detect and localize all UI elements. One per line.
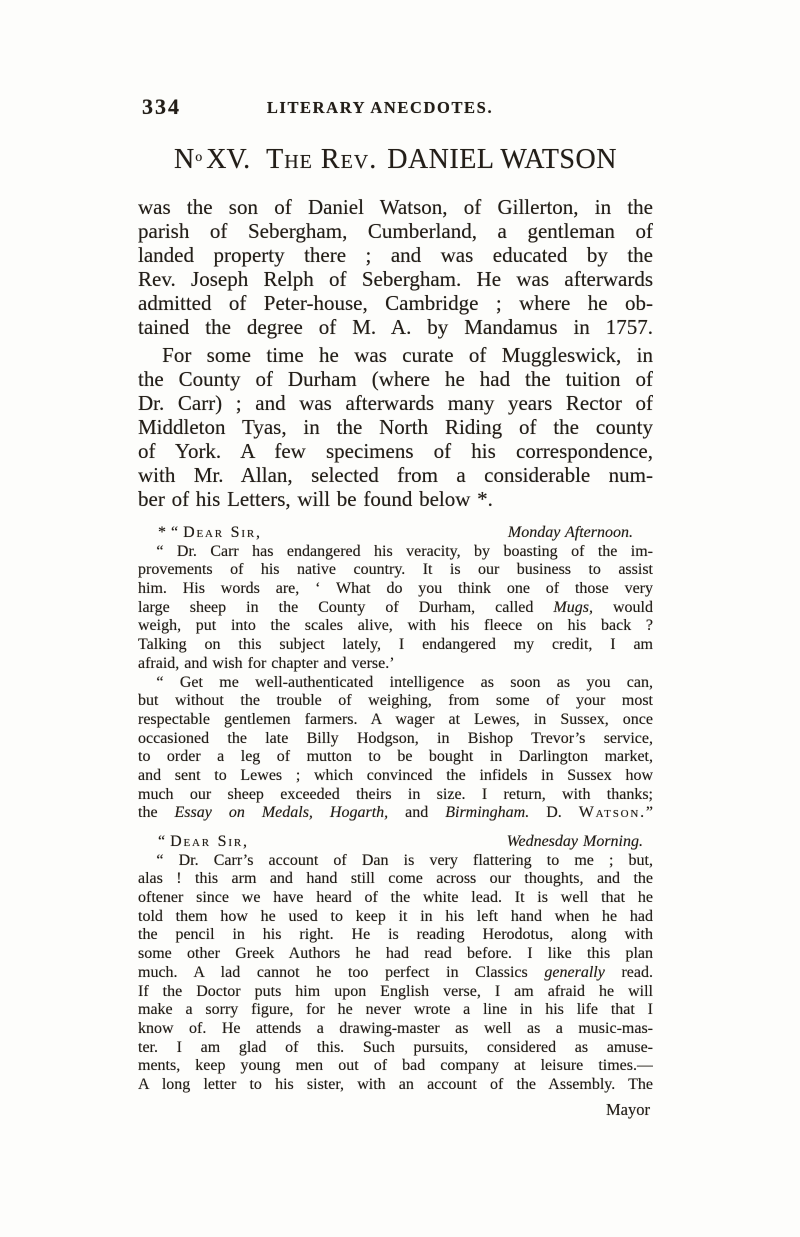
- main-text-line: of York. A few specimens of his correspo…: [138, 439, 653, 463]
- footnote-line: and sent to Lewes ; which convinced the …: [138, 767, 653, 786]
- footnote-letters: * “ Dear Sir,Monday Afternoon.“ Dr. Carr…: [138, 524, 653, 1095]
- superscript-o: o: [195, 150, 202, 165]
- footnote-line: occasioned the late Billy Hodgson, in Bi…: [138, 730, 653, 749]
- footnote-line: alas ! this arm and hand still come acro…: [138, 870, 653, 889]
- footnote-line: to order a leg of mutton to be bought in…: [138, 748, 653, 767]
- honorific: The Rev.: [266, 144, 377, 175]
- main-text-line: tained the degree of M. A. by Mandamus i…: [138, 315, 653, 339]
- main-text-line: Dr. Carr) ; and was afterwards many year…: [138, 391, 653, 415]
- footnote-line: much. A lad cannot he too perfect in Cla…: [138, 964, 653, 983]
- running-header: LITERARY ANECDOTES.: [267, 98, 493, 118]
- footnote-line: ter. I am glad of this. Such pursuits, c…: [138, 1039, 653, 1058]
- footnote-line: * “ Dear Sir,Monday Afternoon.: [138, 524, 653, 543]
- main-text-line: ber of his Letters, will be found below …: [138, 487, 653, 511]
- footnote-line: respectable gentlemen farmers. A wager a…: [138, 711, 653, 730]
- footnote-line: A long letter to his sister, with an acc…: [138, 1076, 653, 1095]
- catchword: Mayor: [606, 1100, 650, 1120]
- footnote-line: If the Doctor puts him upon English vers…: [138, 983, 653, 1002]
- book-page-scan: 334 LITERARY ANECDOTES. NoXV.The Rev.DAN…: [0, 0, 800, 1237]
- footnote-line: oftener since we have heard of the white…: [138, 889, 653, 908]
- footnote-line: much our sheep exceeded theirs in size. …: [138, 786, 653, 805]
- footnote-line: afraid, and wish for chapter and verse.’: [138, 655, 653, 674]
- section-heading: NoXV.The Rev.DANIEL WATSON: [138, 144, 653, 176]
- footnote-line: “ Dr. Carr’s account of Dan is very flat…: [138, 852, 653, 871]
- person-name: DANIEL WATSON: [387, 144, 617, 175]
- paragraph: For some time he was curate of Muggleswi…: [138, 343, 653, 511]
- main-text-line: parish of Sebergham, Cumberland, a gentl…: [138, 219, 653, 243]
- main-text-line: For some time he was curate of Muggleswi…: [138, 343, 653, 367]
- footnote-line: weigh, put into the scales alive, with h…: [138, 617, 653, 636]
- footnote-line: the Essay on Medals, Hogarth, and Birmin…: [138, 804, 653, 823]
- footnote-line: “ Dear Sir,Wednesday Morning.: [138, 833, 653, 852]
- footnote-line: provements of his native country. It is …: [138, 561, 653, 580]
- footnote-line: some other Greek Authors he had read bef…: [138, 945, 653, 964]
- paragraph: was the son of Daniel Watson, of Gillert…: [138, 195, 653, 339]
- main-text-line: with Mr. Allan, selected from a consider…: [138, 463, 653, 487]
- footnote-line: Talking on this subject lately, I endang…: [138, 636, 653, 655]
- footnote-line: ments, keep young men out of bad company…: [138, 1057, 653, 1076]
- main-text-line: was the son of Daniel Watson, of Gillert…: [138, 195, 653, 219]
- footnote-line: large sheep in the County of Durham, cal…: [138, 599, 653, 618]
- footnote-line: “ Dr. Carr has endangered his veracity, …: [138, 543, 653, 562]
- main-text-line: Middleton Tyas, in the North Riding of t…: [138, 415, 653, 439]
- footnote-line: make a sorry figure, for he never wrote …: [138, 1001, 653, 1020]
- main-text-line: landed property there ; and was educated…: [138, 243, 653, 267]
- main-text-line: the County of Durham (where he had the t…: [138, 367, 653, 391]
- main-text: was the son of Daniel Watson, of Gillert…: [138, 195, 653, 511]
- footnote-line: know of. He attends a drawing-master as …: [138, 1020, 653, 1039]
- footnote-line: “ Get me well-authenticated intelligence…: [138, 674, 653, 693]
- main-text-line: admitted of Peter-house, Cambridge ; whe…: [138, 291, 653, 315]
- section-number: NoXV.: [174, 144, 266, 175]
- footnote-line: him. His words are, ‘ What do you think …: [138, 580, 653, 599]
- footnote-line: but without the trouble of weighing, fro…: [138, 692, 653, 711]
- footnote-line: the pencil in his right. He is reading H…: [138, 926, 653, 945]
- footnote-line: told them how he used to keep it in his …: [138, 908, 653, 927]
- page-number: 334: [142, 94, 181, 120]
- main-text-line: Rev. Joseph Relph of Sebergham. He was a…: [138, 267, 653, 291]
